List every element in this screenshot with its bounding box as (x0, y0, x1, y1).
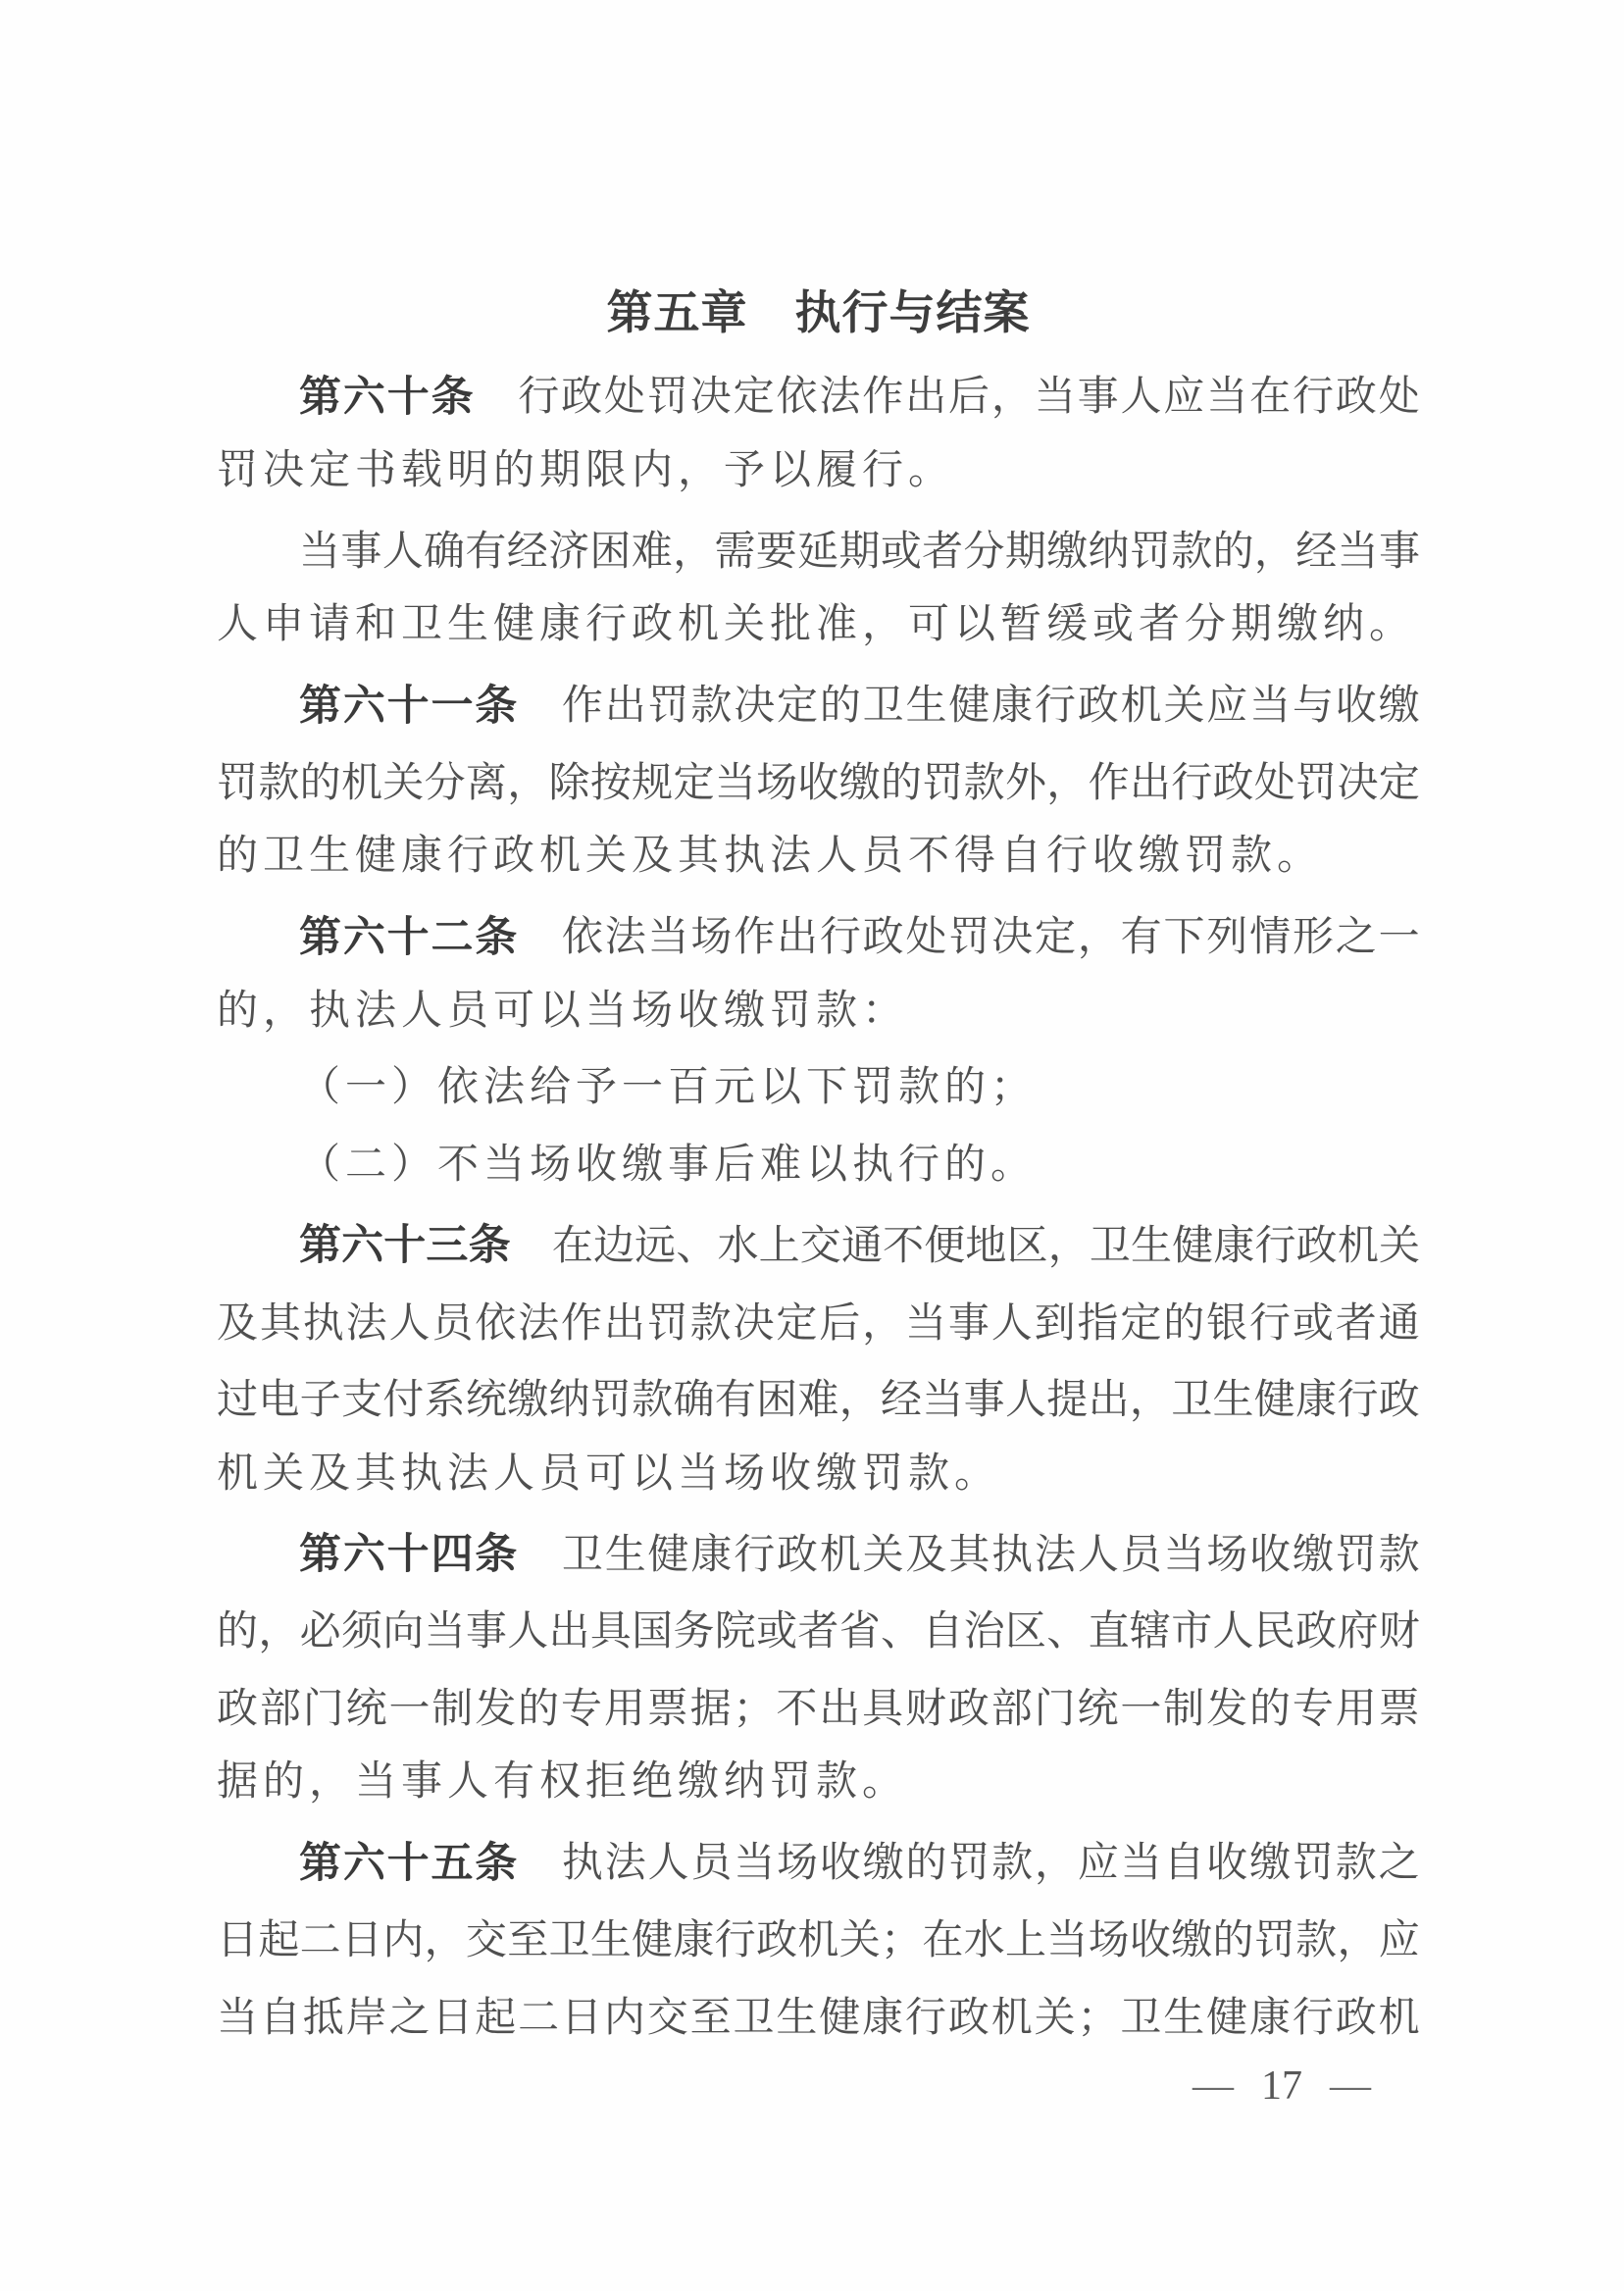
char: 款 (1171, 519, 1212, 578)
char: 出 (1089, 1367, 1130, 1426)
char: 条 (475, 1521, 517, 1581)
char: 执 (562, 1830, 603, 1889)
char: 罚 (948, 904, 990, 963)
char: 当 (648, 904, 689, 963)
char: 定 (1379, 750, 1420, 809)
char: 当 (1338, 519, 1379, 578)
char: 日 (217, 1908, 258, 1966)
char: ， (507, 750, 548, 809)
char: 法 (605, 904, 646, 963)
char: 人 (1078, 1522, 1119, 1581)
char: 内 (382, 1908, 424, 1966)
char: 定 (673, 750, 714, 809)
char: 政 (948, 1985, 990, 2044)
char: 用 (1336, 1676, 1377, 1735)
char: 生 (605, 1522, 646, 1581)
char: 的 (1163, 1291, 1204, 1349)
text-line: （一）依法给予一百元以下罚款的； (217, 1049, 1420, 1127)
char: 有 (715, 1367, 756, 1426)
char: 与 (1293, 673, 1334, 732)
char: 当 (905, 1291, 946, 1349)
char: 至 (507, 1908, 548, 1966)
char: 康 (1249, 1985, 1291, 2044)
char: 有 (465, 519, 506, 578)
char: 缴 (1379, 673, 1420, 732)
char: 出 (549, 1599, 590, 1657)
char: 机 (1379, 1985, 1420, 2044)
char: 康 (690, 1522, 732, 1581)
char: 人 (389, 1291, 431, 1349)
char: 卫 (562, 1522, 603, 1581)
char: 生 (1163, 1985, 1204, 2044)
char: 自 (1163, 1830, 1204, 1889)
char: 关 (839, 1908, 881, 1966)
char: 行 (905, 1985, 946, 2044)
char: 场 (777, 1830, 818, 1889)
char: 地 (965, 1213, 1006, 1272)
char: 当 (1249, 673, 1291, 732)
char: 通 (1379, 1291, 1420, 1349)
char: 行 (1255, 1213, 1296, 1272)
char: 困 (756, 1367, 797, 1426)
char: 法 (605, 1830, 646, 1889)
char: 当 (922, 1367, 963, 1426)
char: 作 (1089, 750, 1130, 809)
char: 当 (1206, 364, 1247, 423)
char: 、 (1046, 1599, 1088, 1657)
char: 的 (518, 1676, 559, 1735)
char: 具 (862, 1676, 903, 1735)
char: 罚 (647, 364, 688, 423)
char: 十 (387, 364, 430, 424)
char: 法 (518, 1291, 559, 1349)
text-line: 的卫生健康行政机关及其执法人员不得自行收缴罚款。 (217, 818, 1420, 895)
char: 自 (260, 1985, 301, 2044)
char: 生 (590, 1908, 632, 1966)
char: 向 (382, 1599, 424, 1657)
char: 卫 (1120, 1985, 1161, 2044)
char: 出 (605, 673, 646, 732)
text-line: 当自抵岸之日起二日内交至卫生健康行政机关；卫生健康行政机 (217, 1975, 1420, 2053)
char: ， (425, 1908, 466, 1966)
char: 行 (1293, 364, 1334, 423)
char: 六 (343, 904, 385, 964)
char: 当 (1163, 1522, 1204, 1581)
char: 生 (1131, 1213, 1172, 1272)
char: 收 (1249, 1522, 1291, 1581)
char: 形 (1293, 904, 1334, 963)
char: 出 (777, 904, 818, 963)
char: 的 (881, 750, 922, 809)
char: 的 (1249, 1676, 1291, 1735)
text-line: 政部门统一制发的专用票据；不出具财政部门统一制发的专用票 (217, 1667, 1420, 1745)
char: 区 (1005, 1599, 1046, 1657)
char: 人 (1213, 1599, 1254, 1657)
char: 场 (1089, 1908, 1130, 1966)
char: 起 (258, 1908, 299, 1966)
char: 收 (1130, 1908, 1171, 1966)
char: 付 (382, 1367, 424, 1426)
char: 行 (1035, 673, 1076, 732)
char: 务 (673, 1599, 714, 1657)
char: 决 (1337, 750, 1378, 809)
char: 款 (690, 673, 732, 732)
char: 政 (1336, 1985, 1377, 2044)
char: 依 (562, 904, 603, 963)
char: ； (881, 1908, 922, 1966)
char: 应 (1206, 673, 1247, 732)
char: 出 (604, 1291, 645, 1349)
char: 财 (1379, 1599, 1420, 1657)
text-line: 第六十一条作出罚款决定的卫生健康行政机关应当与收缴 (217, 664, 1420, 741)
char: 条 (431, 364, 474, 424)
char: 用 (604, 1676, 645, 1735)
char: 人 (1005, 1367, 1046, 1426)
char: 罚 (1336, 1522, 1377, 1581)
char: 指 (1078, 1291, 1119, 1349)
char: 者 (797, 1599, 838, 1657)
char: 便 (924, 1213, 965, 1272)
char: 收 (1206, 1830, 1247, 1889)
char: 行 (734, 1522, 775, 1581)
char: 缴 (1249, 1830, 1291, 1889)
char: 列 (1206, 904, 1247, 963)
char: 缴 (1171, 1908, 1212, 1966)
text-line: 日起二日内，交至卫生健康行政机关；在水上当场收缴的罚款，应 (217, 1899, 1420, 1976)
char: 专 (1293, 1676, 1334, 1735)
page-number: 17 (1261, 2062, 1302, 2110)
char: 缴 (863, 1830, 904, 1889)
char: 卫 (1090, 1213, 1131, 1272)
char: 远 (634, 1213, 676, 1272)
char: 院 (715, 1599, 756, 1657)
char: 康 (991, 673, 1033, 732)
char: 收 (797, 750, 838, 809)
char: 必 (300, 1599, 341, 1657)
char: 机 (797, 1908, 838, 1966)
text-line: 机关及其执法人员可以当场收缴罚款。 (217, 1436, 1420, 1513)
char: 或 (1293, 1291, 1334, 1349)
char: 票 (647, 1676, 688, 1735)
char: 罚 (1130, 519, 1171, 578)
char: 治 (964, 1599, 1005, 1657)
char: 政 (561, 364, 602, 423)
char: 健 (632, 1908, 673, 1966)
char: 十 (387, 1521, 430, 1581)
char: ， (1254, 519, 1295, 578)
char: 第 (299, 364, 341, 424)
char: ； (734, 1676, 775, 1735)
char: 事 (466, 1599, 507, 1657)
char: 出 (1130, 750, 1171, 809)
char: 后 (819, 1291, 860, 1349)
char: 六 (343, 1830, 385, 1890)
char: 出 (819, 1676, 860, 1735)
char: 部 (260, 1676, 301, 1735)
chapter-heading: 第五章 执行与结案 (217, 288, 1420, 337)
char: 情 (1249, 904, 1291, 963)
char: 在 (552, 1213, 593, 1272)
char: 经 (1295, 519, 1337, 578)
char: 、 (881, 1599, 922, 1657)
footer-dash-left: — (1193, 2062, 1234, 2110)
char: 财 (905, 1676, 946, 1735)
char: 分 (425, 750, 466, 809)
char: 日 (431, 1985, 473, 2044)
char: 民 (1254, 1599, 1295, 1657)
char: 健 (948, 673, 990, 732)
char: ， (1048, 1213, 1090, 1272)
char: 外 (1005, 750, 1046, 809)
text-line: 人申请和卫生健康行政机关批准，可以暂缓或者分期缴纳。 (217, 586, 1420, 664)
char: 定 (1035, 904, 1076, 963)
char-space (519, 1859, 560, 1860)
char: 分 (964, 519, 1005, 578)
text-line: 第六十三条在边远、水上交通不便地区，卫生健康行政机关 (217, 1204, 1420, 1282)
char: 行 (1171, 750, 1212, 809)
char: 罚 (217, 750, 258, 809)
char: 当 (1035, 364, 1076, 423)
char-space (519, 1551, 560, 1552)
char: 国 (632, 1599, 673, 1657)
char: 难 (632, 519, 673, 578)
char: 日 (341, 1908, 382, 1966)
char: ， (1078, 904, 1119, 963)
char: 困 (589, 519, 631, 578)
char: ； (1078, 1985, 1119, 2044)
char: 康 (1295, 1367, 1337, 1426)
char: 罚 (590, 1367, 632, 1426)
char: 下 (1163, 904, 1204, 963)
text-line: 当事人确有经济困难，需要延期或者分期缴纳罚款的，经当事 (217, 509, 1420, 586)
char: 边 (593, 1213, 634, 1272)
char: 当 (734, 1830, 775, 1889)
char: 条 (475, 904, 517, 964)
char: 后 (948, 364, 990, 423)
char: 法 (819, 364, 860, 423)
char: 具 (590, 1599, 632, 1657)
char: 按 (590, 750, 632, 809)
char: 健 (1172, 1213, 1213, 1272)
char-space (475, 393, 516, 394)
char: 的 (1213, 519, 1254, 578)
char: 及 (217, 1291, 258, 1349)
char: 决 (991, 904, 1033, 963)
char: 条 (475, 673, 517, 733)
text-line: 第六十二条依法当场作出行政处罚决定，有下列情形之一 (217, 895, 1420, 973)
char: 条 (475, 1830, 517, 1890)
char: 第 (299, 1830, 341, 1890)
char: 至 (690, 1985, 732, 2044)
char: 收 (820, 1830, 861, 1889)
char: 罚 (1295, 750, 1337, 809)
char: 行 (820, 904, 861, 963)
char: 电 (258, 1367, 299, 1426)
char: 水 (964, 1908, 1005, 1966)
char: 确 (424, 519, 465, 578)
char: 关 (1035, 1985, 1076, 2044)
char: 六 (343, 673, 385, 733)
char: 罚 (922, 750, 963, 809)
char: 上 (759, 1213, 800, 1272)
char: 依 (777, 364, 818, 423)
char: 罚 (648, 673, 689, 732)
char: 行 (518, 364, 559, 423)
char: 直 (1089, 1599, 1130, 1657)
char: 其 (260, 1291, 301, 1349)
char: 延 (797, 519, 838, 578)
char: 作 (862, 364, 903, 423)
char: 经 (507, 519, 548, 578)
char: 、 (676, 1213, 717, 1272)
char: 省 (839, 1599, 881, 1657)
char: 四 (431, 1521, 473, 1581)
char: 健 (819, 1985, 860, 2044)
char: 三 (426, 1212, 468, 1272)
char: 罚 (647, 1291, 688, 1349)
char: 作 (734, 904, 775, 963)
footer-dash-right: — (1330, 2062, 1371, 2110)
char: 罚 (1293, 1830, 1334, 1889)
char: 法 (346, 1291, 387, 1349)
char: 款 (632, 1367, 673, 1426)
char: 康 (673, 1908, 714, 1966)
char: 缴 (1293, 1522, 1334, 1581)
char: 康 (862, 1985, 903, 2044)
char: 票 (1379, 1676, 1420, 1735)
char: 十 (387, 1830, 430, 1890)
char: 制 (1163, 1676, 1204, 1735)
char: 员 (690, 1830, 732, 1889)
char: 机 (991, 1985, 1033, 2044)
char: 离 (466, 750, 507, 809)
char: 罚 (948, 1830, 990, 1889)
char: 款 (690, 1291, 732, 1349)
char: 的 (820, 673, 861, 732)
char: 处 (604, 364, 645, 423)
char: 政 (948, 1676, 990, 1735)
char: 其 (948, 1522, 990, 1581)
char: ， (839, 1367, 881, 1426)
char: 政 (1213, 750, 1254, 809)
char: 生 (776, 1985, 817, 2044)
char: 交 (800, 1213, 841, 1272)
char: 事 (340, 519, 381, 578)
char: 人 (648, 1830, 689, 1889)
char: 健 (1254, 1367, 1295, 1426)
char: 十 (387, 673, 430, 733)
char: 员 (1121, 1522, 1162, 1581)
char: 第 (299, 904, 341, 964)
text-line: 据的，当事人有权拒绝缴纳罚款。 (217, 1744, 1420, 1821)
char: 纳 (1089, 519, 1130, 578)
char: 机 (1121, 673, 1162, 732)
char: 应 (1379, 1908, 1420, 1966)
char: 定 (776, 1291, 817, 1349)
char: 制 (431, 1676, 473, 1735)
char: 期 (1005, 519, 1046, 578)
char: 内 (604, 1985, 645, 2044)
char: 关 (863, 1522, 904, 1581)
char: 第 (299, 1212, 341, 1272)
char: 在 (922, 1908, 963, 1966)
char: 政 (863, 904, 904, 963)
char: 交 (466, 1908, 507, 1966)
char: 当 (715, 750, 756, 809)
char: 政 (1295, 1599, 1337, 1657)
char: 五 (431, 1830, 473, 1890)
char: 执 (991, 1522, 1033, 1581)
char: 关 (382, 750, 424, 809)
char: 场 (1206, 1522, 1247, 1581)
char: 二 (431, 904, 473, 964)
char: 六 (343, 1521, 385, 1581)
char: 系 (425, 1367, 466, 1426)
char: 场 (690, 904, 732, 963)
char: 支 (341, 1367, 382, 1426)
char: 人 (382, 519, 424, 578)
char: 款 (1295, 1908, 1337, 1966)
char: 自 (922, 1599, 963, 1657)
char: 法 (1035, 1522, 1076, 1581)
char: 区 (1007, 1213, 1048, 1272)
char: 款 (1336, 1830, 1377, 1889)
char: 难 (797, 1367, 838, 1426)
char: ， (673, 519, 714, 578)
char: 卫 (1171, 1367, 1212, 1426)
char: 不 (883, 1213, 924, 1272)
char: 要 (756, 519, 797, 578)
char: 统 (346, 1676, 387, 1735)
text-line: 第六十条行政处罚决定依法作出后，当事人应当在行政处 (217, 355, 1420, 433)
char: 的 (217, 1599, 258, 1657)
char: 条 (469, 1212, 511, 1272)
char: 十 (387, 904, 430, 964)
char: 纳 (549, 1367, 590, 1426)
char: 辖 (1130, 1599, 1171, 1657)
char: 作 (561, 1291, 602, 1349)
char: 的 (1213, 1908, 1254, 1966)
char: 定 (777, 673, 818, 732)
char: 日 (561, 1985, 602, 2044)
char: 门 (303, 1676, 344, 1735)
char: 依 (475, 1291, 516, 1349)
text-line: 的，必须向当事人出具国务院或者省、自治区、直辖市人民政府财 (217, 1590, 1420, 1667)
char: 门 (1035, 1676, 1076, 1735)
char: 关 (1379, 1213, 1420, 1272)
char: 行 (1249, 1291, 1291, 1349)
char: 政 (1078, 673, 1119, 732)
char: 执 (303, 1291, 344, 1349)
char: 通 (841, 1213, 883, 1272)
char: 处 (1254, 750, 1295, 809)
char: 上 (1005, 1908, 1046, 1966)
char: 当 (1046, 1908, 1088, 1966)
char: 子 (300, 1367, 341, 1426)
char: 统 (466, 1367, 507, 1426)
char: 决 (734, 673, 775, 732)
char: 过 (217, 1367, 258, 1426)
char: 事 (1078, 364, 1119, 423)
char: ， (1130, 1367, 1171, 1426)
char: 发 (1206, 1676, 1247, 1735)
text-line: 及其执法人员依法作出罚款决定后，当事人到指定的银行或者通 (217, 1281, 1420, 1358)
char: ， (1046, 750, 1088, 809)
char: 事 (964, 1367, 1005, 1426)
char: 场 (756, 750, 797, 809)
char: 健 (1206, 1985, 1247, 2044)
char: 水 (717, 1213, 758, 1272)
